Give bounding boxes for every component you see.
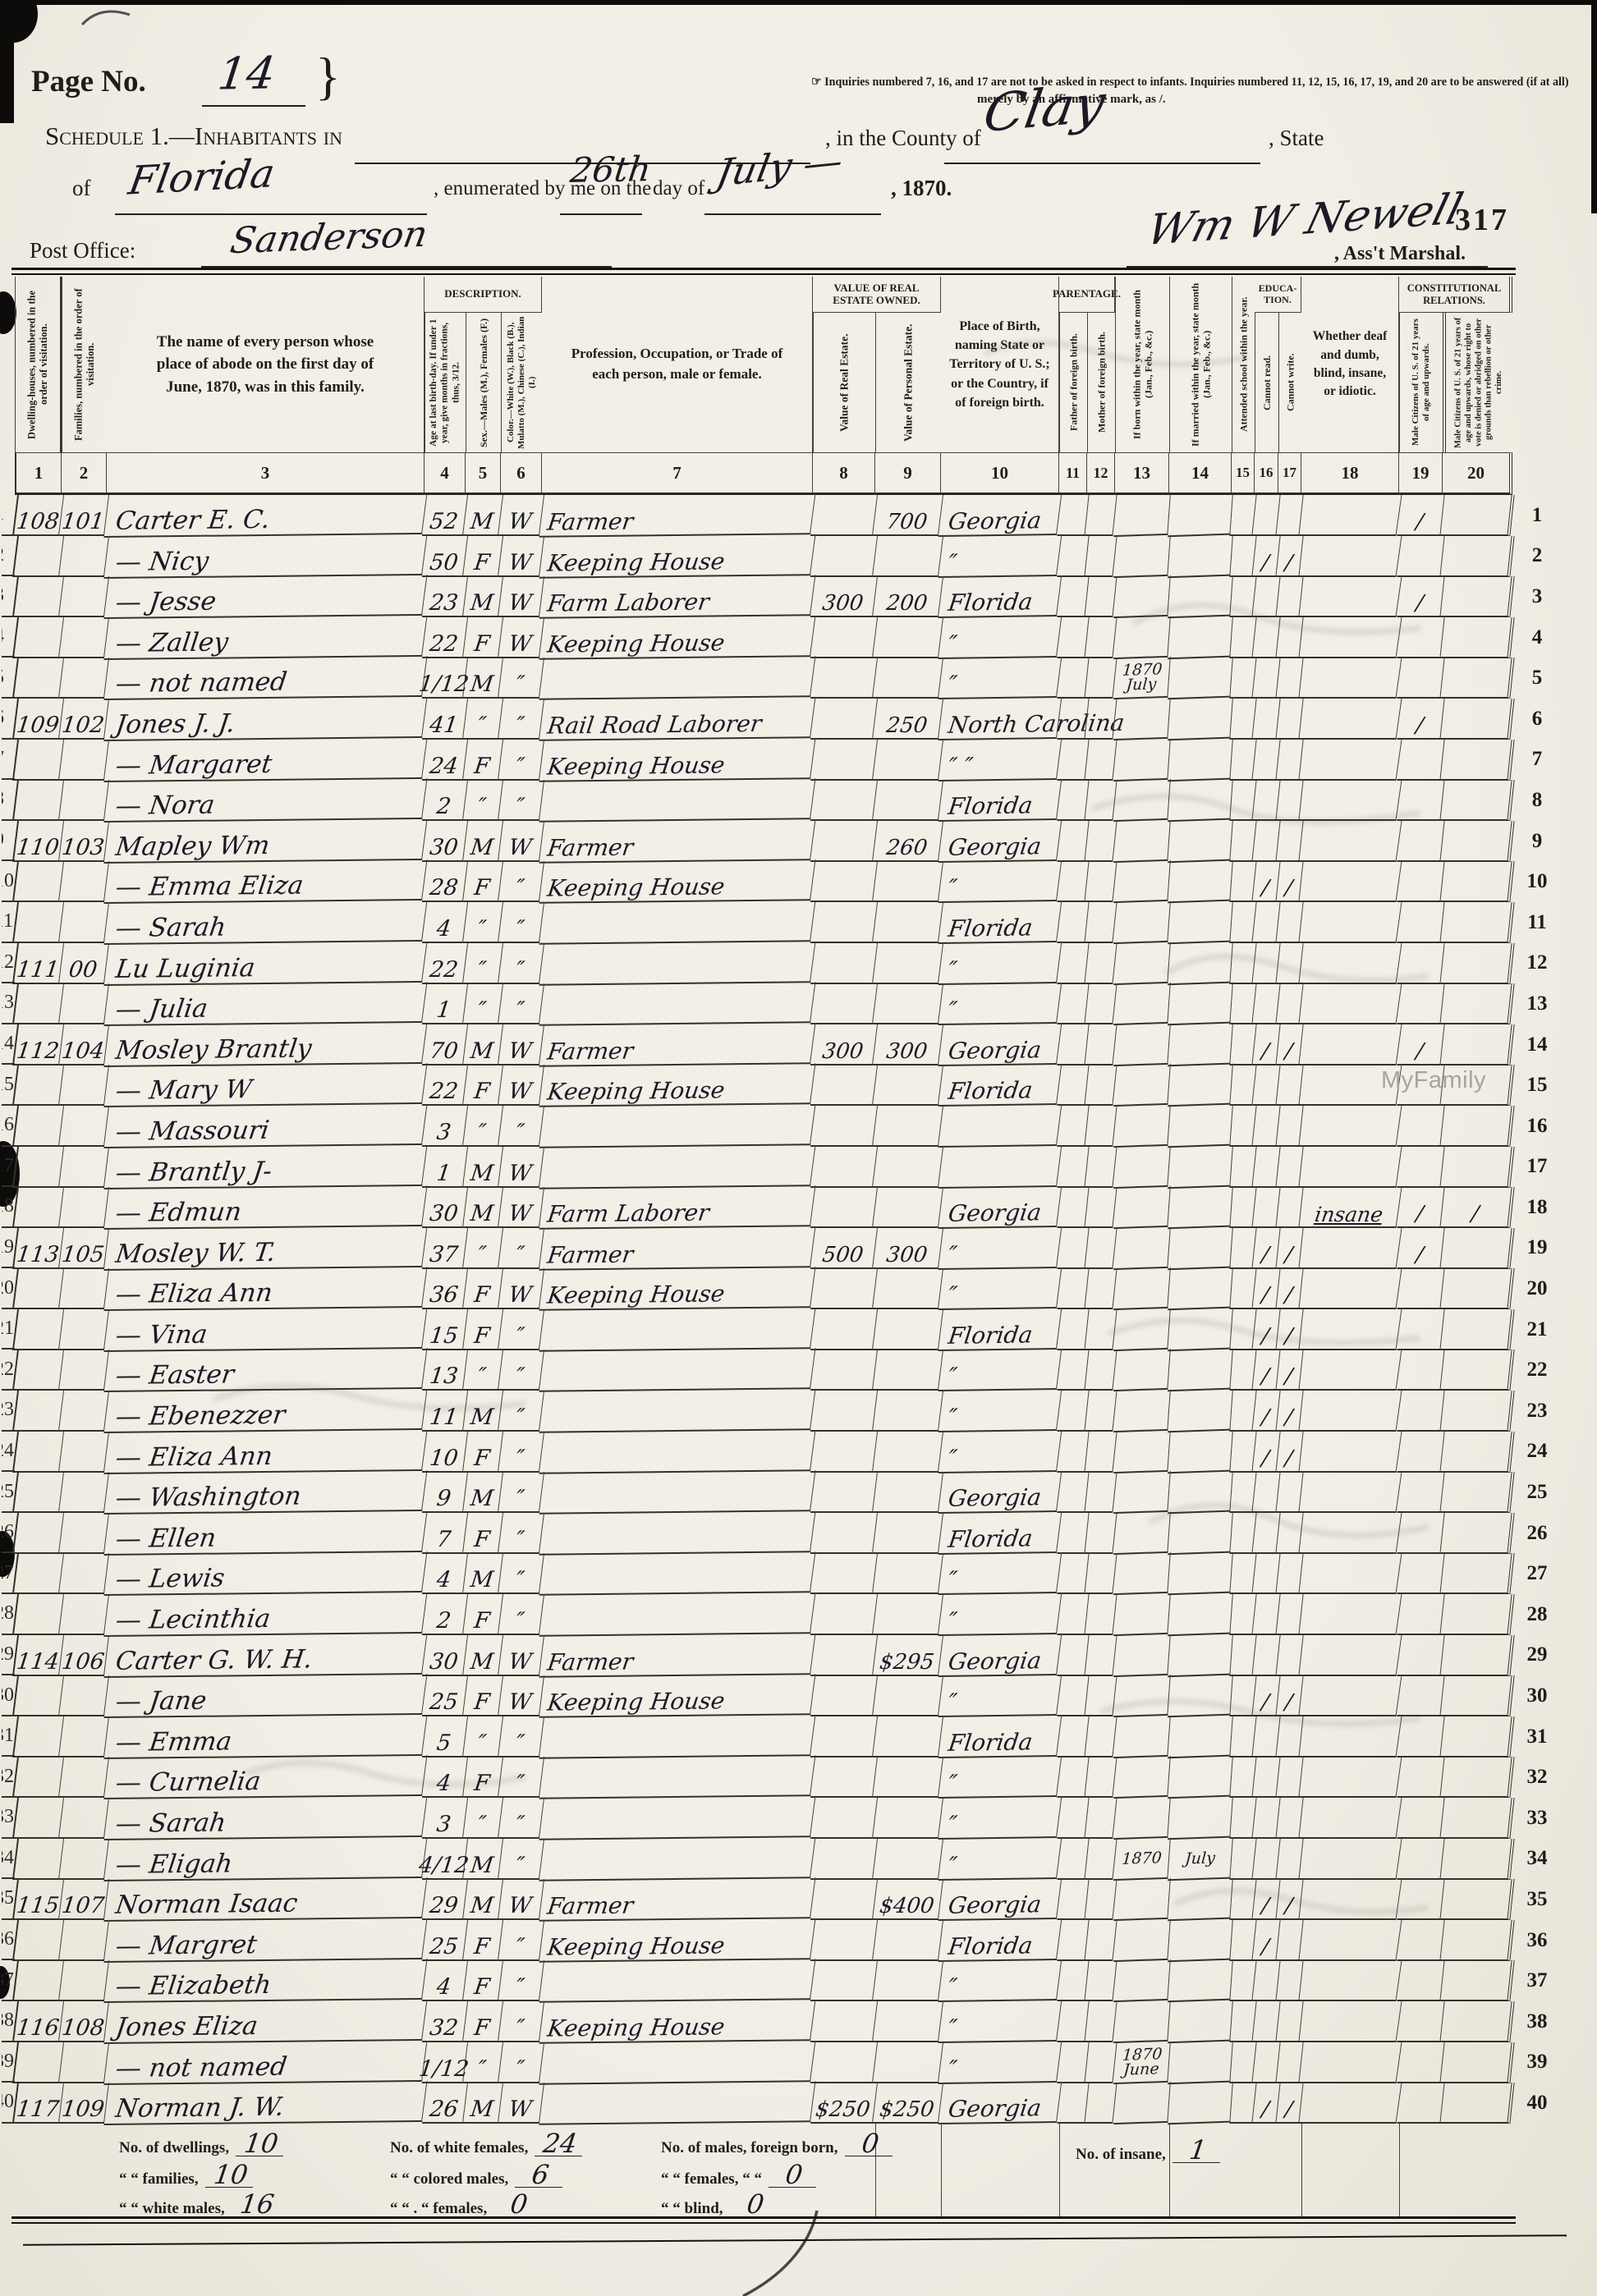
cell-real-estate-value: 500 <box>810 1228 878 1269</box>
cell-age: 50 <box>422 536 468 577</box>
cell-born-month <box>1113 1064 1171 1107</box>
total-blind-label: “ “ blind, <box>661 2200 723 2218</box>
cell-citizen-mark: / <box>1397 495 1444 536</box>
cell-mother-foreign-mark <box>1085 576 1117 617</box>
cell-health-remark <box>1299 1716 1402 1758</box>
col-header-cannot-write: Cannot write. <box>1278 313 1301 452</box>
cell-color: ″ <box>498 983 544 1024</box>
cell-occupation: Keeping House <box>539 860 816 904</box>
cell-family-number <box>59 1309 109 1350</box>
cell-citizen-mark <box>1397 1757 1444 1798</box>
cell-name: — Eliza Ann <box>104 1430 428 1474</box>
cell-mother-foreign-mark <box>1085 536 1117 577</box>
cell-father-foreign-mark <box>1057 861 1089 902</box>
cell-sex: M <box>463 1391 503 1432</box>
cell-color: ″ <box>498 902 544 943</box>
cell-dwelling-number <box>12 1268 64 1309</box>
cell-occupation <box>539 778 816 822</box>
cell-birthplace: Georgia <box>938 2082 1062 2124</box>
total-insane-value: 1 <box>1173 2138 1223 2163</box>
cell-health-remark <box>1299 1472 1402 1513</box>
cell-health-remark <box>1299 1635 1402 1676</box>
state-value: Florida <box>126 150 278 204</box>
cell-father-foreign-mark <box>1057 1187 1089 1228</box>
totals-footer: No. of dwellings, 10 No. of white female… <box>16 2124 1512 2216</box>
cell-age: 22 <box>422 943 468 984</box>
cell-age: 4 <box>422 1757 468 1798</box>
cell-age: 30 <box>422 1635 468 1676</box>
cell-citizen-mark <box>1397 617 1444 658</box>
cell-father-foreign-mark <box>1057 1513 1089 1554</box>
cell-father-foreign-mark <box>1057 1839 1089 1880</box>
cell-occupation: Farmer <box>539 819 816 863</box>
cell-color: ″ <box>498 740 544 781</box>
cell-sex: F <box>463 617 503 658</box>
cell-mother-foreign-mark <box>1085 1106 1117 1147</box>
total-colored-females-value: 0 <box>493 2193 544 2217</box>
cell-family-number <box>59 1675 109 1716</box>
cell-birthplace: Georgia <box>938 1471 1062 1514</box>
post-office-label: Post Office: <box>30 238 135 264</box>
row-number-right: 7 <box>1512 740 1562 781</box>
cell-age: 25 <box>422 1920 468 1961</box>
row-number-right: 19 <box>1512 1228 1562 1269</box>
cell-occupation <box>539 657 816 700</box>
cell-citizen-mark <box>1397 1798 1444 1839</box>
cell-citizen-mark <box>1397 983 1444 1024</box>
cell-citizen-mark: / <box>1397 699 1444 740</box>
cell-name: — Jesse <box>104 575 428 619</box>
cell-dwelling-number <box>12 1309 64 1350</box>
cell-married-month <box>1168 1918 1233 1961</box>
cell-birthplace: ″ <box>938 1797 1062 1840</box>
cell-mother-foreign-mark <box>1085 699 1117 740</box>
cell-dwelling-number <box>12 617 64 658</box>
cell-health-remark <box>1299 983 1402 1024</box>
cell-father-foreign-mark <box>1057 983 1089 1024</box>
cell-married-month <box>1168 1756 1233 1799</box>
cell-color: ″ <box>498 1839 544 1880</box>
cell-citizen-mark <box>1397 2001 1444 2042</box>
cell-family-number: 00 <box>59 943 109 984</box>
cell-citizen-mark: / <box>1397 1228 1444 1269</box>
cell-citizen-mark <box>1397 1675 1444 1716</box>
cell-married-month <box>1168 1593 1233 1636</box>
cell-sex: M <box>463 1024 503 1066</box>
col-number-4: 4 <box>424 452 466 495</box>
cell-real-estate-value <box>810 1594 878 1635</box>
cell-health-remark <box>1299 1432 1402 1473</box>
cell-mother-foreign-mark <box>1085 740 1117 781</box>
cell-family-number: 108 <box>59 2001 109 2042</box>
cell-health-remark <box>1299 536 1402 577</box>
cell-occupation <box>539 1145 816 1189</box>
cell-dwelling-number <box>12 576 64 617</box>
cell-sex: ″ <box>463 943 503 984</box>
cell-family-number <box>59 1350 109 1391</box>
cell-married-month <box>1168 1675 1233 1717</box>
cell-citizen-denied-mark <box>1440 658 1514 699</box>
cell-name: — Elizabeth <box>104 1959 428 2003</box>
cell-health-remark <box>1299 1675 1402 1716</box>
cell-real-estate-value <box>810 943 878 984</box>
col-number-17: 17 <box>1278 452 1301 495</box>
cell-occupation <box>539 2081 816 2124</box>
cell-married-month <box>1168 1552 1233 1595</box>
cell-born-month <box>1113 1552 1171 1595</box>
cell-health-remark <box>1299 1228 1402 1269</box>
cell-born-month <box>1113 1145 1171 1188</box>
row-number-right: 11 <box>1512 902 1562 943</box>
cell-personal-estate-value <box>873 943 943 984</box>
cell-real-estate-value: 300 <box>810 1024 878 1066</box>
cell-citizen-mark <box>1397 2042 1444 2083</box>
cell-color: ″ <box>498 1594 544 1635</box>
cell-mother-foreign-mark <box>1085 1757 1117 1798</box>
cell-born-month <box>1113 1797 1171 1840</box>
cell-birthplace: ″ <box>938 1349 1062 1391</box>
cell-mother-foreign-mark <box>1085 1513 1117 1554</box>
cell-sex: M <box>463 495 503 536</box>
cell-citizen-mark <box>1397 1553 1444 1594</box>
cell-name: — Lewis <box>104 1551 428 1596</box>
col-header-families: Families, numbered in the order of visit… <box>62 277 107 452</box>
page-stamp: 317 <box>1455 202 1509 238</box>
cell-color: W <box>498 536 544 577</box>
row-number-right: 33 <box>1512 1798 1562 1839</box>
total-blind-value: 0 <box>729 2193 780 2217</box>
cell-citizen-denied-mark <box>1440 1716 1514 1758</box>
cell-dwelling-number <box>12 2042 64 2083</box>
cell-personal-estate-value <box>873 1147 943 1188</box>
cell-name: Carter E. C. <box>104 493 428 538</box>
cell-father-foreign-mark <box>1057 1228 1089 1269</box>
cell-color: ″ <box>498 1309 544 1350</box>
cell-personal-estate-value <box>873 1391 943 1432</box>
cell-family-number <box>59 1920 109 1961</box>
cell-birthplace: Florida <box>938 575 1062 618</box>
cell-citizen-denied-mark <box>1440 1839 1514 1880</box>
cell-real-estate-value <box>810 699 878 740</box>
cell-name: Mosley W. T. <box>104 1226 428 1271</box>
cell-married-month <box>1168 1797 1233 1840</box>
cell-personal-estate-value <box>873 1309 943 1350</box>
cell-color: W <box>498 1635 544 1676</box>
cell-real-estate-value <box>810 1432 878 1473</box>
cell-real-estate-value <box>810 780 878 821</box>
cell-citizen-mark <box>1397 861 1444 902</box>
cell-color: ″ <box>498 1472 544 1513</box>
cell-family-number <box>59 902 109 943</box>
cell-occupation <box>539 1593 816 1636</box>
cell-health-remark <box>1299 1106 1402 1147</box>
row-number-right: 20 <box>1512 1268 1562 1309</box>
cell-age: 15 <box>422 1309 468 1350</box>
cell-citizen-mark <box>1397 536 1444 577</box>
cell-father-foreign-mark <box>1057 780 1089 821</box>
cell-citizen-mark <box>1397 1309 1444 1350</box>
cell-personal-estate-value <box>873 1268 943 1309</box>
page-no-label: Page No. <box>31 64 146 99</box>
cell-family-number <box>59 1187 109 1228</box>
cell-citizen-mark <box>1397 1635 1444 1676</box>
cell-married-month <box>1168 983 1233 1025</box>
total-white-males-value: 16 <box>232 2193 282 2217</box>
cell-married-month <box>1168 494 1233 537</box>
total-colored-males: “ “ colored males, 6 <box>390 2163 661 2188</box>
cell-born-month <box>1113 1024 1171 1066</box>
cell-color: ″ <box>498 1228 544 1269</box>
cell-health-remark <box>1299 1309 1402 1350</box>
cell-name: — Brantly J- <box>104 1144 428 1189</box>
group-header-education: EDUCA- TION. <box>1255 277 1301 313</box>
cell-mother-foreign-mark <box>1085 1635 1117 1676</box>
cell-sex: F <box>463 861 503 902</box>
cell-family-number <box>59 1798 109 1839</box>
row-number-right: 31 <box>1512 1716 1562 1758</box>
cell-sex: M <box>463 658 503 699</box>
total-foreign-males-label: No. of males, foreign born, <box>661 2139 838 2157</box>
total-families-value: 10 <box>204 2163 255 2188</box>
cell-health-remark <box>1299 2001 1402 2042</box>
col-header-age: Age at last birth-day. If under 1 year, … <box>424 313 466 452</box>
row-number-right: 29 <box>1512 1635 1562 1676</box>
cell-personal-estate-value <box>873 2001 943 2042</box>
cell-father-foreign-mark <box>1057 943 1089 984</box>
cell-dwelling-number: 116 <box>12 2001 64 2042</box>
cell-sex: M <box>463 821 503 862</box>
total-foreign-males: No. of males, foreign born, 0 <box>661 2132 957 2157</box>
cell-mother-foreign-mark <box>1085 1472 1117 1513</box>
cell-occupation: Keeping House <box>539 534 816 578</box>
cell-occupation: Farmer <box>539 1634 816 1677</box>
cell-married-month <box>1168 575 1233 618</box>
col-header-dwellings: Dwelling-houses, numbered in the order o… <box>15 277 62 452</box>
cell-citizen-denied-mark <box>1440 1147 1514 1188</box>
cell-dwelling-number <box>12 1798 64 1839</box>
cell-mother-foreign-mark <box>1085 495 1117 536</box>
cell-born-month <box>1113 820 1171 863</box>
cell-born-month <box>1113 1878 1171 1921</box>
cell-age: 4 <box>422 1553 468 1594</box>
cell-health-remark <box>1299 1553 1402 1594</box>
cell-age: 3 <box>422 1798 468 1839</box>
cell-sex: F <box>463 2001 503 2042</box>
cell-age: 2 <box>422 1594 468 1635</box>
cell-personal-estate-value: 700 <box>873 495 943 536</box>
scan-edge-right <box>1591 0 1597 213</box>
cell-citizen-denied-mark <box>1440 1268 1514 1309</box>
cell-married-month <box>1168 2082 1233 2124</box>
cell-real-estate-value <box>810 1675 878 1716</box>
cell-age: 52 <box>422 495 468 536</box>
cell-sex: ″ <box>463 780 503 821</box>
cell-birthplace: Georgia <box>938 1186 1062 1229</box>
cell-married-month <box>1168 616 1233 658</box>
cell-real-estate-value <box>810 983 878 1024</box>
cell-name: — not named <box>104 656 428 700</box>
cell-citizen-denied-mark <box>1440 1960 1514 2001</box>
cell-personal-estate-value: 300 <box>873 1228 943 1269</box>
cell-family-number <box>59 658 109 699</box>
cell-health-remark <box>1299 617 1402 658</box>
cell-citizen-denied-mark <box>1440 943 1514 984</box>
cell-real-estate-value <box>810 1187 878 1228</box>
col-number-3: 3 <box>107 452 424 495</box>
cell-color: W <box>498 1879 544 1920</box>
cell-occupation <box>539 982 816 1025</box>
cell-dwelling-number <box>12 1187 64 1228</box>
cell-real-estate-value <box>810 1879 878 1920</box>
cell-color: ″ <box>498 1350 544 1391</box>
cell-color: W <box>498 617 544 658</box>
cell-birthplace: ″ <box>938 983 1062 1025</box>
cell-occupation <box>539 1715 816 1758</box>
cell-father-foreign-mark <box>1057 1553 1089 1594</box>
cell-birthplace: Georgia <box>938 494 1062 537</box>
cell-age: 70 <box>422 1024 468 1066</box>
cell-father-foreign-mark <box>1057 1268 1089 1309</box>
cell-health-remark <box>1299 780 1402 821</box>
cell-name: Lu Luginia <box>104 942 428 986</box>
cell-sex: F <box>463 740 503 781</box>
cell-born-month <box>1113 1716 1171 1758</box>
cell-name: — Emma <box>104 1715 428 1759</box>
row-number-right: 4 <box>1512 617 1562 658</box>
cell-citizen-mark <box>1397 1594 1444 1635</box>
cell-birthplace: ″ <box>938 2042 1062 2084</box>
cell-married-month <box>1168 1634 1233 1676</box>
cell-family-number <box>59 576 109 617</box>
cell-age: 36 <box>422 1268 468 1309</box>
cell-age: 26 <box>422 2083 468 2124</box>
cell-personal-estate-value <box>873 1757 943 1798</box>
cell-health-remark: insane <box>1299 1187 1402 1228</box>
cell-dwelling-number <box>12 983 64 1024</box>
cell-mother-foreign-mark <box>1085 902 1117 943</box>
cell-citizen-denied-mark <box>1440 1350 1514 1391</box>
cell-dwelling-number <box>12 1839 64 1880</box>
table-top-rule <box>11 268 1516 275</box>
day-of-label: day of <box>653 177 704 200</box>
cell-born-month: 1870 June <box>1113 2041 1171 2083</box>
cell-name: Jones Eliza <box>104 2000 428 2044</box>
cell-citizen-mark <box>1397 1839 1444 1880</box>
cell-married-month <box>1168 1878 1233 1921</box>
row-number-right: 16 <box>1512 1106 1562 1147</box>
cell-father-foreign-mark <box>1057 1432 1089 1473</box>
cell-born-month <box>1113 1431 1171 1473</box>
cell-dwelling-number: 110 <box>12 821 64 862</box>
cell-real-estate-value <box>810 536 878 577</box>
post-office-value: Sanderson <box>227 213 431 262</box>
cell-birthplace: ″ <box>938 1431 1062 1473</box>
cell-dwelling-number <box>12 1472 64 1513</box>
cell-citizen-denied-mark <box>1440 1513 1514 1554</box>
cell-father-foreign-mark <box>1057 658 1089 699</box>
row-number-right: 40 <box>1512 2083 1562 2124</box>
cell-born-month <box>1113 1227 1171 1270</box>
cell-real-estate-value <box>810 1106 878 1147</box>
cell-father-foreign-mark <box>1057 1920 1089 1961</box>
cell-birthplace: ″ <box>938 657 1062 699</box>
cell-age: 28 <box>422 861 468 902</box>
cell-citizen-mark <box>1397 2083 1444 2124</box>
group-header-constitutional: CONSTITUTIONAL RELATIONS. <box>1399 277 1512 313</box>
cell-color: W <box>498 1024 544 1066</box>
cell-mother-foreign-mark <box>1085 983 1117 1024</box>
cell-birthplace: ″ <box>938 1675 1062 1717</box>
row-number-right: 34 <box>1512 1839 1562 1880</box>
cell-occupation <box>539 942 816 985</box>
cell-age: 7 <box>422 1513 468 1554</box>
cell-born-month <box>1113 901 1171 944</box>
row-number-right: 36 <box>1512 1920 1562 1961</box>
cell-health-remark <box>1299 699 1402 740</box>
cell-family-number <box>59 536 109 577</box>
cell-occupation <box>539 1837 816 1881</box>
total-dwellings-value: 10 <box>236 2132 287 2156</box>
cell-name: — Margaret <box>104 738 428 782</box>
cell-born-month <box>1113 1471 1171 1514</box>
cell-name: Carter G. W. H. <box>104 1634 428 1678</box>
row-number-right: 32 <box>1512 1757 1562 1798</box>
cell-health-remark <box>1299 943 1402 984</box>
cell-sex: ″ <box>463 2042 503 2083</box>
cell-birthplace: ″ <box>938 1838 1062 1881</box>
row-number-right: 39 <box>1512 2042 1562 2083</box>
cell-personal-estate-value <box>873 780 943 821</box>
cell-health-remark <box>1299 1147 1402 1188</box>
cell-citizen-denied-mark <box>1440 1228 1514 1269</box>
cell-born-month <box>1113 942 1171 984</box>
cell-name: — Jane <box>104 1674 428 1718</box>
cell-real-estate-value <box>810 1391 878 1432</box>
cell-name: — Ebenezzer <box>104 1389 428 1433</box>
total-families: “ “ families, 10 <box>119 2163 390 2188</box>
cell-occupation <box>539 1308 816 1351</box>
cell-birthplace: Florida <box>938 779 1062 822</box>
cell-health-remark <box>1299 576 1402 617</box>
cell-real-estate-value <box>810 821 878 862</box>
cell-father-foreign-mark <box>1057 1675 1089 1716</box>
cell-name: — Nicy <box>104 534 428 579</box>
cell-citizen-denied-mark <box>1440 1553 1514 1594</box>
cell-father-foreign-mark <box>1057 617 1089 658</box>
cell-health-remark <box>1299 495 1402 536</box>
cell-citizen-mark <box>1397 1879 1444 1920</box>
cell-health-remark <box>1299 902 1402 943</box>
cell-color: ″ <box>498 2042 544 2083</box>
cell-dwelling-number <box>12 1716 64 1758</box>
col-number-7: 7 <box>542 452 813 495</box>
cell-married-month <box>1168 1430 1233 1473</box>
cell-sex: M <box>463 1553 503 1594</box>
cell-sex: M <box>463 1839 503 1880</box>
cell-birthplace: Georgia <box>938 1024 1062 1066</box>
cell-age: 37 <box>422 1228 468 1269</box>
cell-citizen-denied-mark <box>1440 2001 1514 2042</box>
cell-married-month <box>1168 738 1233 781</box>
cell-health-remark <box>1299 1960 1402 2001</box>
cell-real-estate-value <box>810 902 878 943</box>
cell-color: ″ <box>498 1960 544 2001</box>
cell-mother-foreign-mark <box>1085 1228 1117 1269</box>
cell-name: — Zalley <box>104 616 428 660</box>
cell-color: W <box>498 1675 544 1716</box>
cell-citizen-mark <box>1397 1513 1444 1554</box>
cell-sex: F <box>463 1065 503 1106</box>
